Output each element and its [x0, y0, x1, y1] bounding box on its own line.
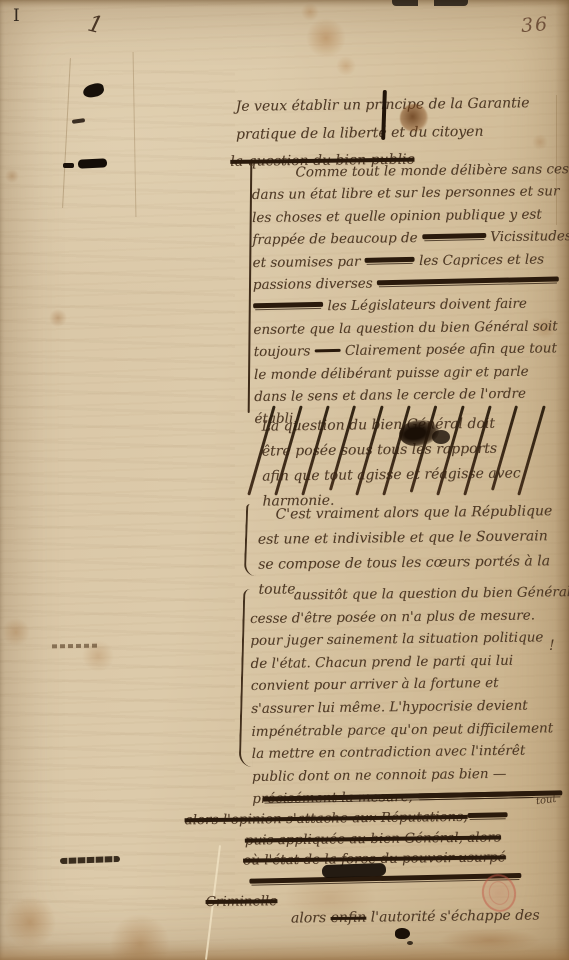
- heavy-strikethrough-bar: [377, 274, 559, 288]
- handwritten-text: s'assurer lui même. L'hypocrisie devient: [251, 698, 528, 717]
- handwritten-text: Clairement posée afin que tout: [341, 340, 557, 359]
- struck-text: alors l'opinion s'attache aux Réputation…: [185, 809, 468, 828]
- handwritten-text: et soumises par: [253, 253, 365, 270]
- heavy-strikethrough-bar: [249, 871, 521, 886]
- handwritten-text: impénétrable parce qu'on peut difficilem…: [251, 720, 553, 740]
- handwritten-text: ensorte que la question du bien Général …: [253, 318, 557, 338]
- ink-blot: [400, 104, 428, 132]
- handwritten-text: les choses et quelle opinion publique y …: [252, 206, 542, 226]
- handwritten-text: se compose de tous les cœurs portés à la: [258, 553, 550, 573]
- manuscript-paragraph: aussitôt que la question du bien Général…: [250, 581, 569, 811]
- manuscript-line: C'est vraiment alors que la République: [275, 499, 552, 527]
- manuscript-line: la mettre en contradiction avec l'intérê…: [252, 739, 569, 766]
- handwritten-text: toujours: [254, 343, 315, 360]
- ink-blot: [432, 430, 450, 444]
- manuscript-page: I 1 36 Je veux établir un principe de la…: [0, 0, 569, 960]
- handwritten-text: Vicissitudes: [486, 228, 569, 245]
- manuscript-line: toujours Clairement posée afin que tout: [254, 337, 569, 363]
- handwritten-text: les Caprices et les: [415, 251, 545, 269]
- heavy-strikethrough-bar: [467, 810, 507, 822]
- handwritten-text: dans le sens et dans le cercle de l'ordr…: [254, 386, 526, 405]
- handwritten-text: cesse d'être posée on n'a plus de mesure…: [250, 607, 535, 626]
- handwritten-text: pour juger sainement la situation politi…: [250, 630, 543, 650]
- handwritten-text: frappée de beaucoup de: [252, 230, 422, 248]
- manuscript-line: pour juger sainement la situation politi…: [250, 626, 569, 653]
- margin-ink-dash: [78, 158, 107, 169]
- heavy-strikethrough-bar: [253, 300, 323, 313]
- struck-text: enfin: [331, 910, 367, 926]
- manuscript-line: frappée de beaucoup de Vicissitudes: [252, 225, 569, 251]
- manuscript-line: [249, 867, 563, 891]
- top-edge-shade: [0, 0, 569, 8]
- manuscript-line: aussitôt que la question du bien Général: [294, 581, 569, 607]
- heavy-strikethrough-bar: [365, 254, 415, 267]
- handwritten-text: C'est vraiment alors que la République: [275, 503, 552, 522]
- handwritten-folio-mark: 1: [85, 11, 105, 40]
- handwritten-text: de l'état. Chacun prend le parti qui lui: [250, 653, 513, 672]
- handwritten-text: est une et indivisible et que le Souvera…: [258, 528, 548, 548]
- manuscript-paragraph: Comme tout le monde délibère sans cessed…: [251, 158, 569, 431]
- handwritten-text: Comme tout le monde délibère sans cesse: [295, 161, 569, 181]
- margin-ink-dash: [63, 163, 74, 168]
- handwritten-text: public dont on ne connoit pas bien —: [252, 766, 507, 785]
- handwritten-text: dans un état libre et sur les personnes …: [252, 184, 560, 204]
- struck-text: Criminelle: [206, 893, 278, 910]
- ink-dot: [407, 941, 413, 945]
- handwritten-text: pratique de la liberté et du citoyen: [236, 123, 484, 142]
- handwritten-text: la mettre en contradiction avec l'intérê…: [252, 743, 526, 762]
- manuscript-line: se compose de tous les cœurs portés à la: [258, 549, 553, 578]
- page-number: 36: [520, 13, 550, 37]
- handwritten-text: les Législateurs doivent faire: [323, 296, 527, 314]
- manuscript-line: [262, 786, 562, 810]
- heavy-strikethrough-bar: [262, 789, 562, 805]
- heavy-strikethrough-bar: [315, 344, 341, 356]
- manuscript-line: Comme tout le monde délibère sans cesse: [295, 158, 569, 184]
- margin-bracket: [244, 504, 259, 576]
- top-edge-ink-smudge: [392, 0, 468, 6]
- margin-exclamation-stroke: !: [549, 638, 555, 654]
- handwritten-text: convient pour arriver à la fortune et: [251, 675, 499, 694]
- printed-series-mark: I: [13, 6, 20, 26]
- bottom-edge-stain-band: [0, 940, 569, 960]
- verso-bleedthrough-texture: [0, 70, 235, 915]
- manuscript-line: s'assurer lui même. L'hypocrisie devient: [251, 694, 569, 721]
- ink-dot: [395, 928, 410, 939]
- struck-text: puis appliquée au bien Général, alors: [245, 829, 501, 848]
- handwritten-text: l'autorité s'échappe des: [366, 907, 540, 925]
- handwritten-text: le monde délibérant puisse agir et parle: [254, 363, 529, 382]
- handwritten-text: aussitôt que la question du bien Général: [294, 584, 569, 603]
- handwritten-text: passions diverses: [253, 275, 377, 293]
- handwritten-text: alors: [291, 910, 331, 926]
- heavy-strikethrough-bar: [422, 230, 486, 243]
- ink-blackout: [322, 863, 386, 878]
- diagonal-crossout-strokes: [254, 404, 548, 501]
- manuscript-line: est une et indivisible et que le Souvera…: [258, 524, 553, 553]
- margin-ink-dash: [52, 644, 98, 649]
